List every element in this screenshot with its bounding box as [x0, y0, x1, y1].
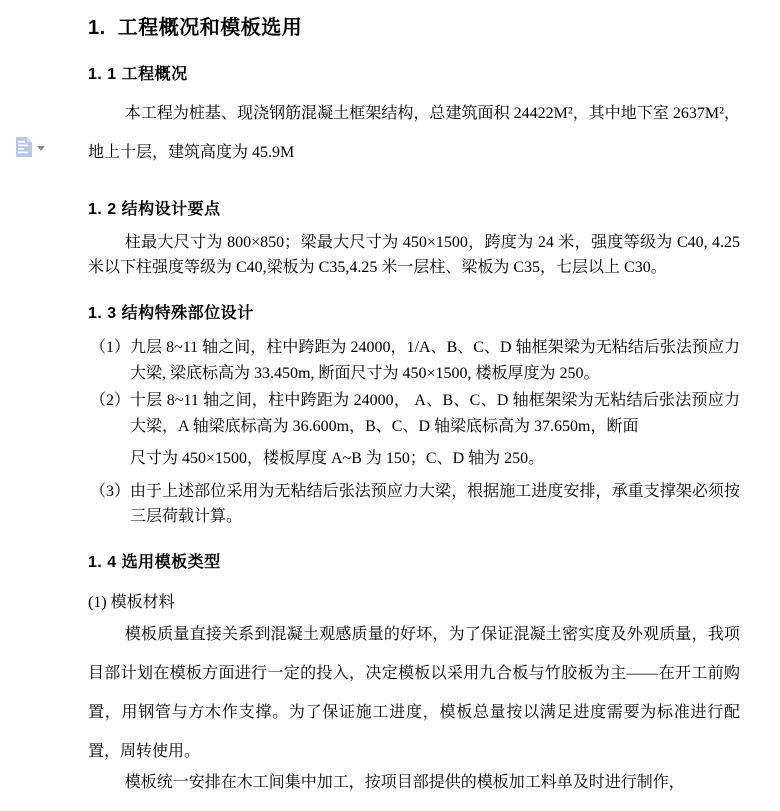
- list-item-number-spacer: [88, 446, 130, 472]
- list-item-number: （2）: [88, 388, 130, 439]
- list-item-text: 由于上述部位采用为无粘结后张法预应力大梁，根据施工进度安排，承重支撑架必须按三层…: [130, 479, 740, 530]
- paste-options-button[interactable]: [16, 137, 45, 157]
- chevron-down-icon[interactable]: [37, 146, 45, 151]
- section-heading-1-1: 1. 1 工程概况: [88, 64, 740, 85]
- paragraph-project-overview: 本工程为桩基、现浇钢筋混凝土框架结构，总建筑面积 24422M²，其中地下室 2…: [88, 94, 740, 172]
- document-content: 1. 工程概况和模板选用 1. 1 工程概况 本工程为桩基、现浇钢筋混凝土框架结…: [0, 0, 780, 802]
- document-title: 1. 工程概况和模板选用: [88, 16, 740, 40]
- list-item-number: （1）: [88, 335, 130, 386]
- list-item-text: 尺寸为 450×1500，楼板厚度 A~B 为 150；C、D 轴为 250。: [130, 446, 740, 472]
- paste-options-icon: [16, 137, 32, 157]
- paragraph-formwork-quality: 模板质量直接关系到混凝土观感质量的好坏，为了保证混凝土密实度及外观质量，我项目部…: [88, 615, 740, 771]
- document-page: 1. 工程概况和模板选用 1. 1 工程概况 本工程为桩基、现浇钢筋混凝土框架结…: [0, 0, 780, 811]
- list-item-1: （1） 九层 8~11 轴之间，柱中跨距为 24000，1/A、B、C、D 轴框…: [88, 335, 740, 386]
- paragraph-formwork-processing: 模板统一安排在木工间集中加工，按项目部提供的模板加工料单及时进行制作，: [88, 763, 740, 802]
- list-item-text: 十层 8~11 轴之间，柱中跨距为 24000， A、B、C、D 轴框架梁为无粘…: [130, 388, 740, 439]
- paragraph-structural-design: 柱最大尺寸为 800×850；梁最大尺寸为 450×1500，跨度为 24 米，…: [88, 230, 740, 280]
- list-item-text: 九层 8~11 轴之间，柱中跨距为 24000，1/A、B、C、D 轴框架梁为无…: [130, 335, 740, 386]
- section-heading-1-3: 1. 3 结构特殊部位设计: [88, 303, 740, 324]
- special-parts-list: （1） 九层 8~11 轴之间，柱中跨距为 24000，1/A、B、C、D 轴框…: [88, 335, 740, 530]
- list-item-2-continued: 尺寸为 450×1500，楼板厚度 A~B 为 150；C、D 轴为 250。: [88, 446, 740, 472]
- section-heading-1-4: 1. 4 选用模板类型: [88, 552, 740, 573]
- list-item-2: （2） 十层 8~11 轴之间，柱中跨距为 24000， A、B、C、D 轴框架…: [88, 388, 740, 439]
- list-item-3: （3） 由于上述部位采用为无粘结后张法预应力大梁，根据施工进度安排，承重支撑架必…: [88, 479, 740, 530]
- subheading-formwork-material: (1) 模板材料: [88, 592, 740, 613]
- section-heading-1-2: 1. 2 结构设计要点: [88, 199, 740, 220]
- list-item-number: （3）: [88, 479, 130, 530]
